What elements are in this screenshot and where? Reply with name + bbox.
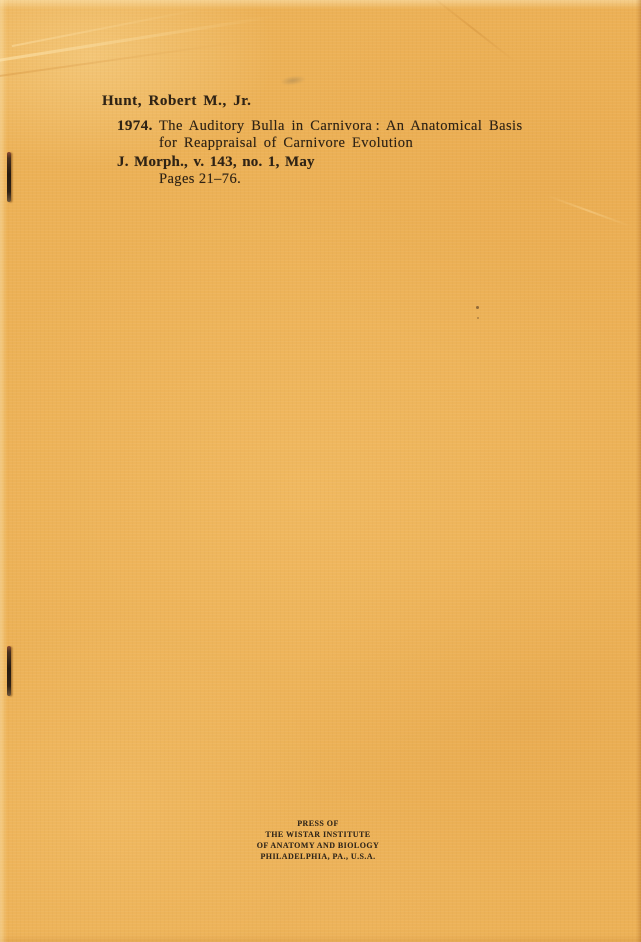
paper-speck <box>477 317 479 319</box>
paper-crease <box>12 7 209 47</box>
title-line-1: The Auditory Bulla in Carnivora : An Ana… <box>159 118 523 135</box>
pages-line: Pages 21–76. <box>159 171 241 188</box>
paper-crease <box>429 0 517 64</box>
printer-imprint: PRESS OF THE WISTAR INSTITUTE OF ANATOMY… <box>0 818 636 862</box>
paper-crease <box>0 40 249 78</box>
reprint-cover-page: Hunt, Robert M., Jr. 1974. The Auditory … <box>0 0 641 942</box>
title-line-2: for Reappraisal of Carnivore Evolution <box>159 135 523 152</box>
imprint-line-location: PHILADELPHIA, PA., U.S.A. <box>0 851 636 862</box>
journal-citation-line: J. Morph., v. 143, no. 1, May <box>117 154 315 171</box>
imprint-line-press-of: PRESS OF <box>0 818 636 829</box>
paper-crease <box>546 195 631 228</box>
staple-top <box>7 152 11 202</box>
year-label: 1974. <box>117 118 153 135</box>
paper-speck <box>476 306 479 309</box>
pencil-smudge <box>280 74 307 87</box>
article-title: The Auditory Bulla in Carnivora : An Ana… <box>159 118 523 151</box>
staple-bottom <box>7 646 11 696</box>
imprint-line-institute: THE WISTAR INSTITUTE <box>0 829 636 840</box>
author-line: Hunt, Robert M., Jr. <box>102 93 252 110</box>
imprint-line-anatomy-biology: OF ANATOMY AND BIOLOGY <box>0 840 636 851</box>
paper-crease <box>0 15 278 65</box>
